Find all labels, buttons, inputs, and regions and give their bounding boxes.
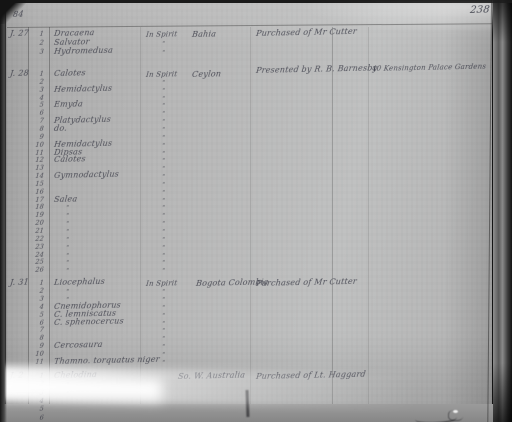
highlight-speck xyxy=(453,410,458,413)
specimen-name: Emyda xyxy=(54,101,84,110)
specimen-number: 3 xyxy=(30,85,45,93)
photo-top-border xyxy=(0,0,512,3)
column-rule-acquisition xyxy=(332,27,333,404)
column-rule-number xyxy=(49,27,50,404)
specimen-number: 3 xyxy=(30,48,45,56)
specimen-number: 4 xyxy=(30,302,45,310)
specimen-number: 3 xyxy=(30,294,45,302)
specimen-number: 5 xyxy=(30,310,45,318)
specimen-number: 11 xyxy=(30,358,45,366)
specimen-name: Gymnodactylus xyxy=(54,171,120,180)
specimen-number: 15 xyxy=(30,180,45,188)
photo-corner-shadow xyxy=(0,0,26,24)
specimen-number: 5 xyxy=(30,405,45,413)
specimen-number: 2 xyxy=(30,287,45,295)
specimen-number: 10 xyxy=(30,140,45,148)
specimen-number: 1 xyxy=(30,30,45,38)
specimen-number: 9 xyxy=(30,132,45,140)
specimen-name: Hemidactylus xyxy=(54,84,113,93)
specimen-number: 6 xyxy=(30,413,45,421)
book-fore-edge xyxy=(493,0,512,422)
glare-highlight-core xyxy=(0,375,162,401)
specimen-name: Hydromedusa xyxy=(54,47,114,56)
preservation-label: In Spirit xyxy=(146,279,178,288)
specimen-name: Calotes xyxy=(54,156,87,165)
specimen-name: Cercosaura xyxy=(54,341,104,350)
entry-date: J. 28 xyxy=(10,70,30,78)
specimen-number: 26 xyxy=(30,266,45,274)
locality-label: Bahia xyxy=(192,30,217,39)
specimen-name: C. sphenocercus xyxy=(54,317,125,326)
preservation-label: In Spirit xyxy=(146,70,178,79)
preservation-label: In Spirit xyxy=(146,30,178,39)
column-rule-name xyxy=(140,27,141,404)
scanned-ledger-photo: 84 238 J. 27In SpiritBahiaPurchased of M… xyxy=(0,0,512,422)
column-rule-notes xyxy=(368,27,369,404)
specimen-number: 16 xyxy=(30,187,45,195)
specimen-number: 2 xyxy=(30,39,45,47)
locality-label: Ceylon xyxy=(192,70,222,79)
entry-date: J. 31 xyxy=(10,279,30,287)
specimen-name: Calotes xyxy=(54,69,87,78)
column-rule-locality xyxy=(250,27,251,404)
photo-left-border xyxy=(0,0,7,422)
page-number: 238 xyxy=(470,7,491,15)
specimen-number: 22 xyxy=(30,234,45,242)
specimen-number: 2 xyxy=(30,77,45,85)
specimen-number: 8 xyxy=(30,125,45,133)
specimen-name: Liocephalus xyxy=(54,278,106,287)
specimen-name: Salea xyxy=(54,195,78,204)
specimen-number: 23 xyxy=(30,242,45,250)
specimen-name: do. xyxy=(54,125,68,133)
entry-date: J. 27 xyxy=(10,30,30,38)
